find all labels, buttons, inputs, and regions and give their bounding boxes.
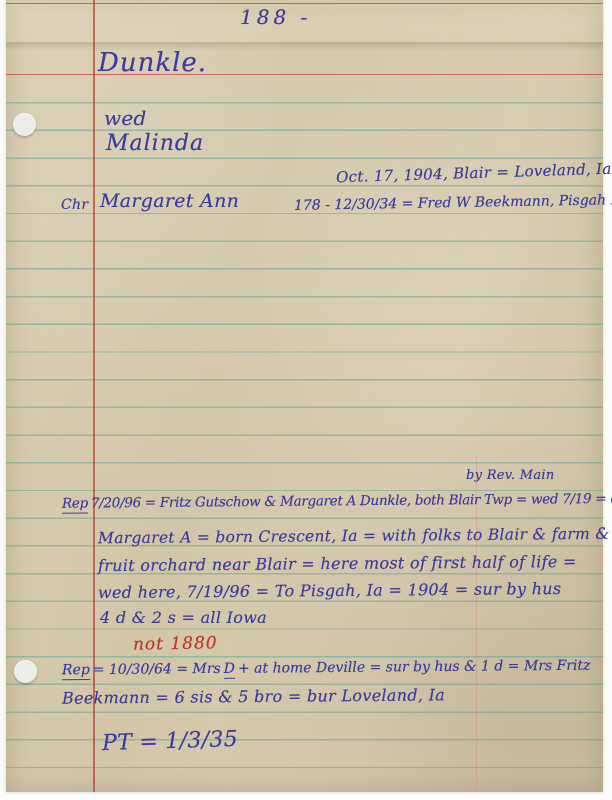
correction-note: not 1880 (133, 635, 218, 654)
page-number: 188 - (240, 7, 311, 28)
surname-heading: Dunkle. (98, 50, 207, 77)
christening-label: Chr (61, 198, 88, 213)
punch-hole-top (13, 113, 36, 136)
report2-line1-pre: = 10/30/64 = Mrs (93, 661, 221, 678)
report1-label: Rep (62, 495, 88, 513)
spouse-name: Malinda (106, 132, 204, 155)
report1-line5: 4 d & 2 s = all Iowa (100, 610, 267, 627)
report2-line1-rest: + at home Deville = sur by hus & 1 d = M… (238, 658, 591, 677)
red-header-line-2 (6, 74, 603, 75)
child-name: Margaret Ann (100, 192, 239, 212)
report1-line2: Margaret A = born Crescent, Ia = with fo… (98, 526, 610, 547)
punch-hole-bottom (14, 660, 37, 683)
report2-line1-d: D (224, 661, 235, 679)
report2-line2: Beekmann = 6 sis & 5 bro = bur Loveland,… (62, 687, 445, 707)
report2-label: Rep (62, 662, 90, 680)
wed-label: wed (104, 108, 147, 129)
scan-background: 188 - Dunkle. wed Malinda Oct. 17, 1904,… (0, 0, 612, 800)
top-fold-shadow (6, 42, 603, 51)
ledger-paper-sheet: 188 - Dunkle. wed Malinda Oct. 17, 1904,… (6, 0, 603, 792)
footer-pt-note: PT = 1/3/35 (102, 728, 239, 755)
interline-note: by Rev. Main (466, 469, 555, 483)
